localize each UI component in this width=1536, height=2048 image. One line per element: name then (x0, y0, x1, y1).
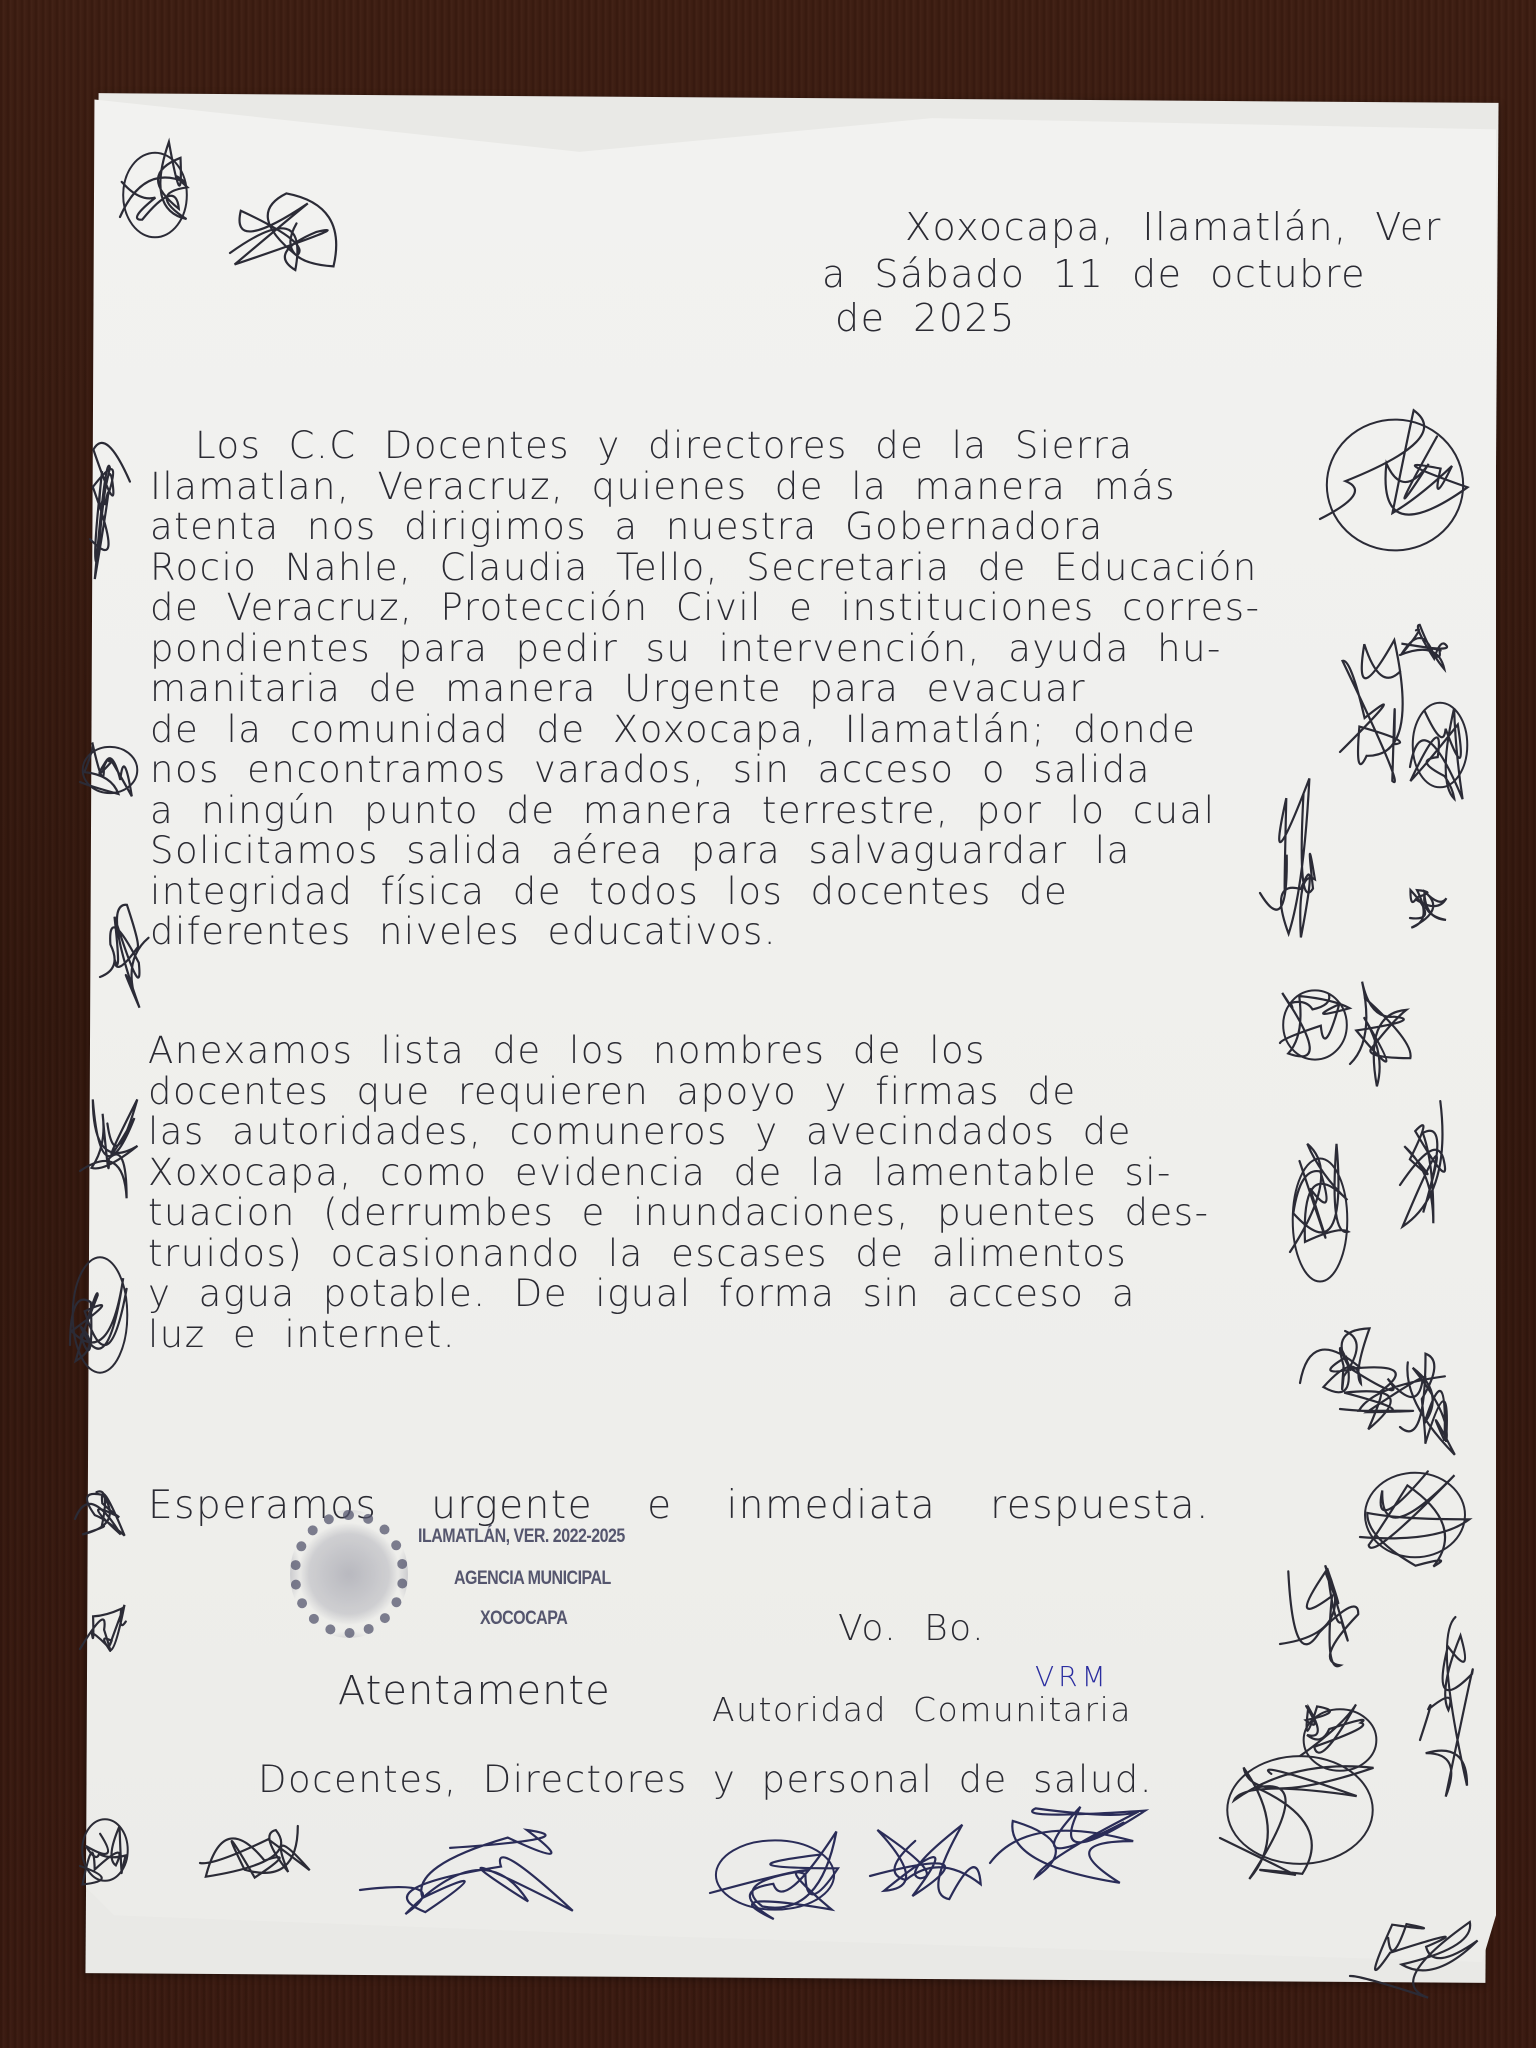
authority-initials: VRM (1035, 1660, 1110, 1693)
signature-scribble-icon (870, 1820, 1000, 1904)
signature-scribble-icon (1290, 1140, 1350, 1304)
signature-scribble-icon (1350, 1920, 1480, 2004)
sign-off: Atentamente (338, 1668, 611, 1714)
signature-scribble-icon (1260, 760, 1320, 954)
signature-scribble-icon (80, 1080, 140, 1214)
signature-scribble-icon (80, 1810, 130, 1894)
signature-scribble-icon (1360, 1460, 1470, 1574)
text-line: de Veracruz, Protección Civil e instituc… (150, 587, 1260, 629)
signature-scribble-icon (1400, 1350, 1460, 1464)
signature-scribble-icon (990, 1800, 1150, 1894)
text-line: Solicitamos salida aérea para salvaguard… (150, 830, 1131, 872)
municipal-stamp: ILAMATLÁN, VER. 2022-2025 AGENCIA MUNICI… (290, 1510, 650, 1640)
signature-scribble-icon (230, 190, 360, 284)
signature-scribble-icon (75, 1470, 125, 1544)
text-line: nos encontramos varados, sin acceso o sa… (150, 749, 1151, 791)
signature-scribble-icon (710, 1830, 840, 1924)
text-line: Xoxocapa, como evidencia de la lamentabl… (148, 1152, 1172, 1194)
authority-label: Autoridad Comunitaria (712, 1690, 1132, 1729)
text-line: diferentes niveles educativos. (150, 911, 777, 953)
signature-scribble-icon (80, 1600, 130, 1674)
text-line: Ilamatlan, Veracruz, quienes de la maner… (150, 466, 1176, 508)
signature-scribble-icon (80, 740, 140, 804)
stamp-line-1: ILAMATLÁN, VER. 2022-2025 (418, 1526, 625, 1548)
stamp-line-2: AGENCIA MUNICIPAL (454, 1568, 611, 1590)
text-line: manitaria de manera Urgente para evacuar (150, 668, 1086, 710)
vo-bo-label: Vo. Bo. (838, 1608, 985, 1649)
signature-scribble-icon (1410, 690, 1470, 804)
signature-scribble-icon (120, 140, 190, 254)
signature-scribble-icon (1340, 640, 1420, 804)
stamp-line-3: XOCOCAPA (480, 1608, 567, 1630)
signature-scribble-icon (1300, 1320, 1370, 1414)
coat-of-arms-seal-icon (290, 1510, 408, 1638)
signature-scribble-icon (200, 1800, 310, 1894)
text-line: de la comunidad de Xoxocapa, Ilamatlán; … (150, 709, 1196, 751)
signature-scribble-icon (90, 420, 130, 594)
header-place: Xoxocapa, Ilamatlán, Ver (905, 205, 1406, 249)
text-line: a ningún punto de manera terrestre, por … (150, 790, 1216, 832)
text-line: tuacion (derrumbes e inundaciones, puent… (148, 1192, 1209, 1234)
text-line: Anexamos lista de los nombres de los (148, 1030, 986, 1072)
header-date-line-2: de 2025 (835, 296, 1406, 340)
text-line: integridad física de todos los docentes … (150, 871, 1068, 913)
text-line: pondientes para pedir su intervención, a… (150, 628, 1222, 670)
signature-scribble-icon (1280, 1560, 1360, 1684)
header-date-line-1: a Sábado 11 de octubre (822, 252, 1406, 296)
signatories-line: Docentes, Directores y personal de salud… (258, 1758, 1153, 1801)
signature-scribble-icon (100, 900, 150, 1014)
signature-scribble-icon (1420, 1600, 1480, 1804)
signature-scribble-icon (1400, 1080, 1460, 1234)
signature-scribble-icon (1410, 890, 1450, 934)
text-line: luz e internet. (148, 1314, 456, 1356)
text-line: Los C.C Docentes y directores de la Sier… (195, 425, 1133, 467)
signature-scribble-icon (70, 1240, 130, 1394)
signature-scribble-icon (1300, 1700, 1380, 1784)
text-line: atenta nos dirigimos a nuestra Gobernado… (150, 506, 1104, 548)
text-line: truidos) ocasionando la escases de alime… (148, 1233, 1127, 1275)
signature-scribble-icon (1320, 400, 1470, 574)
text-line: Rocio Nahle, Claudia Tello, Secretaria d… (150, 547, 1258, 589)
text-line: docentes que requieren apoyo y firmas de (148, 1071, 1077, 1113)
text-line: las autoridades, comuneros y avecindados… (148, 1111, 1132, 1153)
text-line: y agua potable. De igual forma sin acces… (148, 1273, 1136, 1315)
signature-scribble-icon (1280, 980, 1350, 1074)
signature-scribble-icon (360, 1820, 600, 1924)
